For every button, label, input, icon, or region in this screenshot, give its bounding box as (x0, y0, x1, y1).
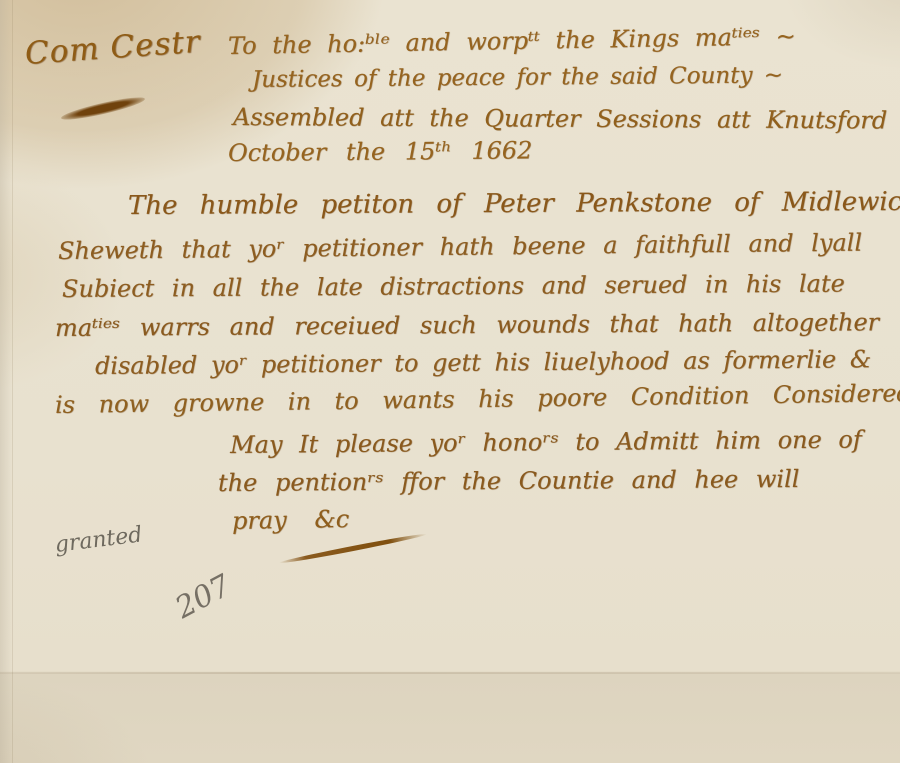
body-line-7-prayer: May It please yoʳ honoʳˢ to Admitt him o… (230, 425, 862, 459)
body-line-1-petition-title: The humble petiton of Peter Penkstone of… (128, 187, 900, 221)
paper-fold-line (0, 672, 900, 674)
manuscript-page: Com Cestr To the ho:ᵇˡᵉ and worpᵗᵗ the K… (0, 0, 900, 763)
body-line-9-pray: pray &c (232, 505, 350, 535)
body-line-3: Subiect in all the late distractions and… (62, 270, 845, 303)
heading-line-1: To the ho:ᵇˡᵉ and worpᵗᵗ the Kings maᵗⁱᵉ… (228, 22, 796, 60)
granted-annotation: granted (53, 522, 143, 558)
heading-line-4-date: October the 15ᵗʰ 1662 (228, 136, 533, 167)
pray-underline-flourish (279, 532, 427, 566)
body-line-8: the pentionʳˢ ffor the Countie and hee w… (218, 465, 800, 497)
county-mark: Com Cestr (24, 24, 202, 72)
heading-line-2: Justices of the peace for the said Count… (252, 62, 783, 93)
body-line-5: disabled yoʳ petitioner to gett his liue… (95, 345, 871, 380)
body-line-2: Sheweth that yoʳ petitioner hath beene a… (58, 229, 862, 265)
body-line-4: maᵗⁱᵉˢ warrs and receiued such wounds th… (55, 308, 879, 342)
folio-number: 207 (170, 568, 237, 626)
body-line-6: is now growne in to wants his poore Cond… (55, 379, 900, 419)
heading-line-3: Assembled att the Quarter Sessions att K… (233, 103, 887, 134)
paper-left-edge-line (12, 0, 13, 763)
county-mark-flourish-stroke (60, 93, 146, 123)
